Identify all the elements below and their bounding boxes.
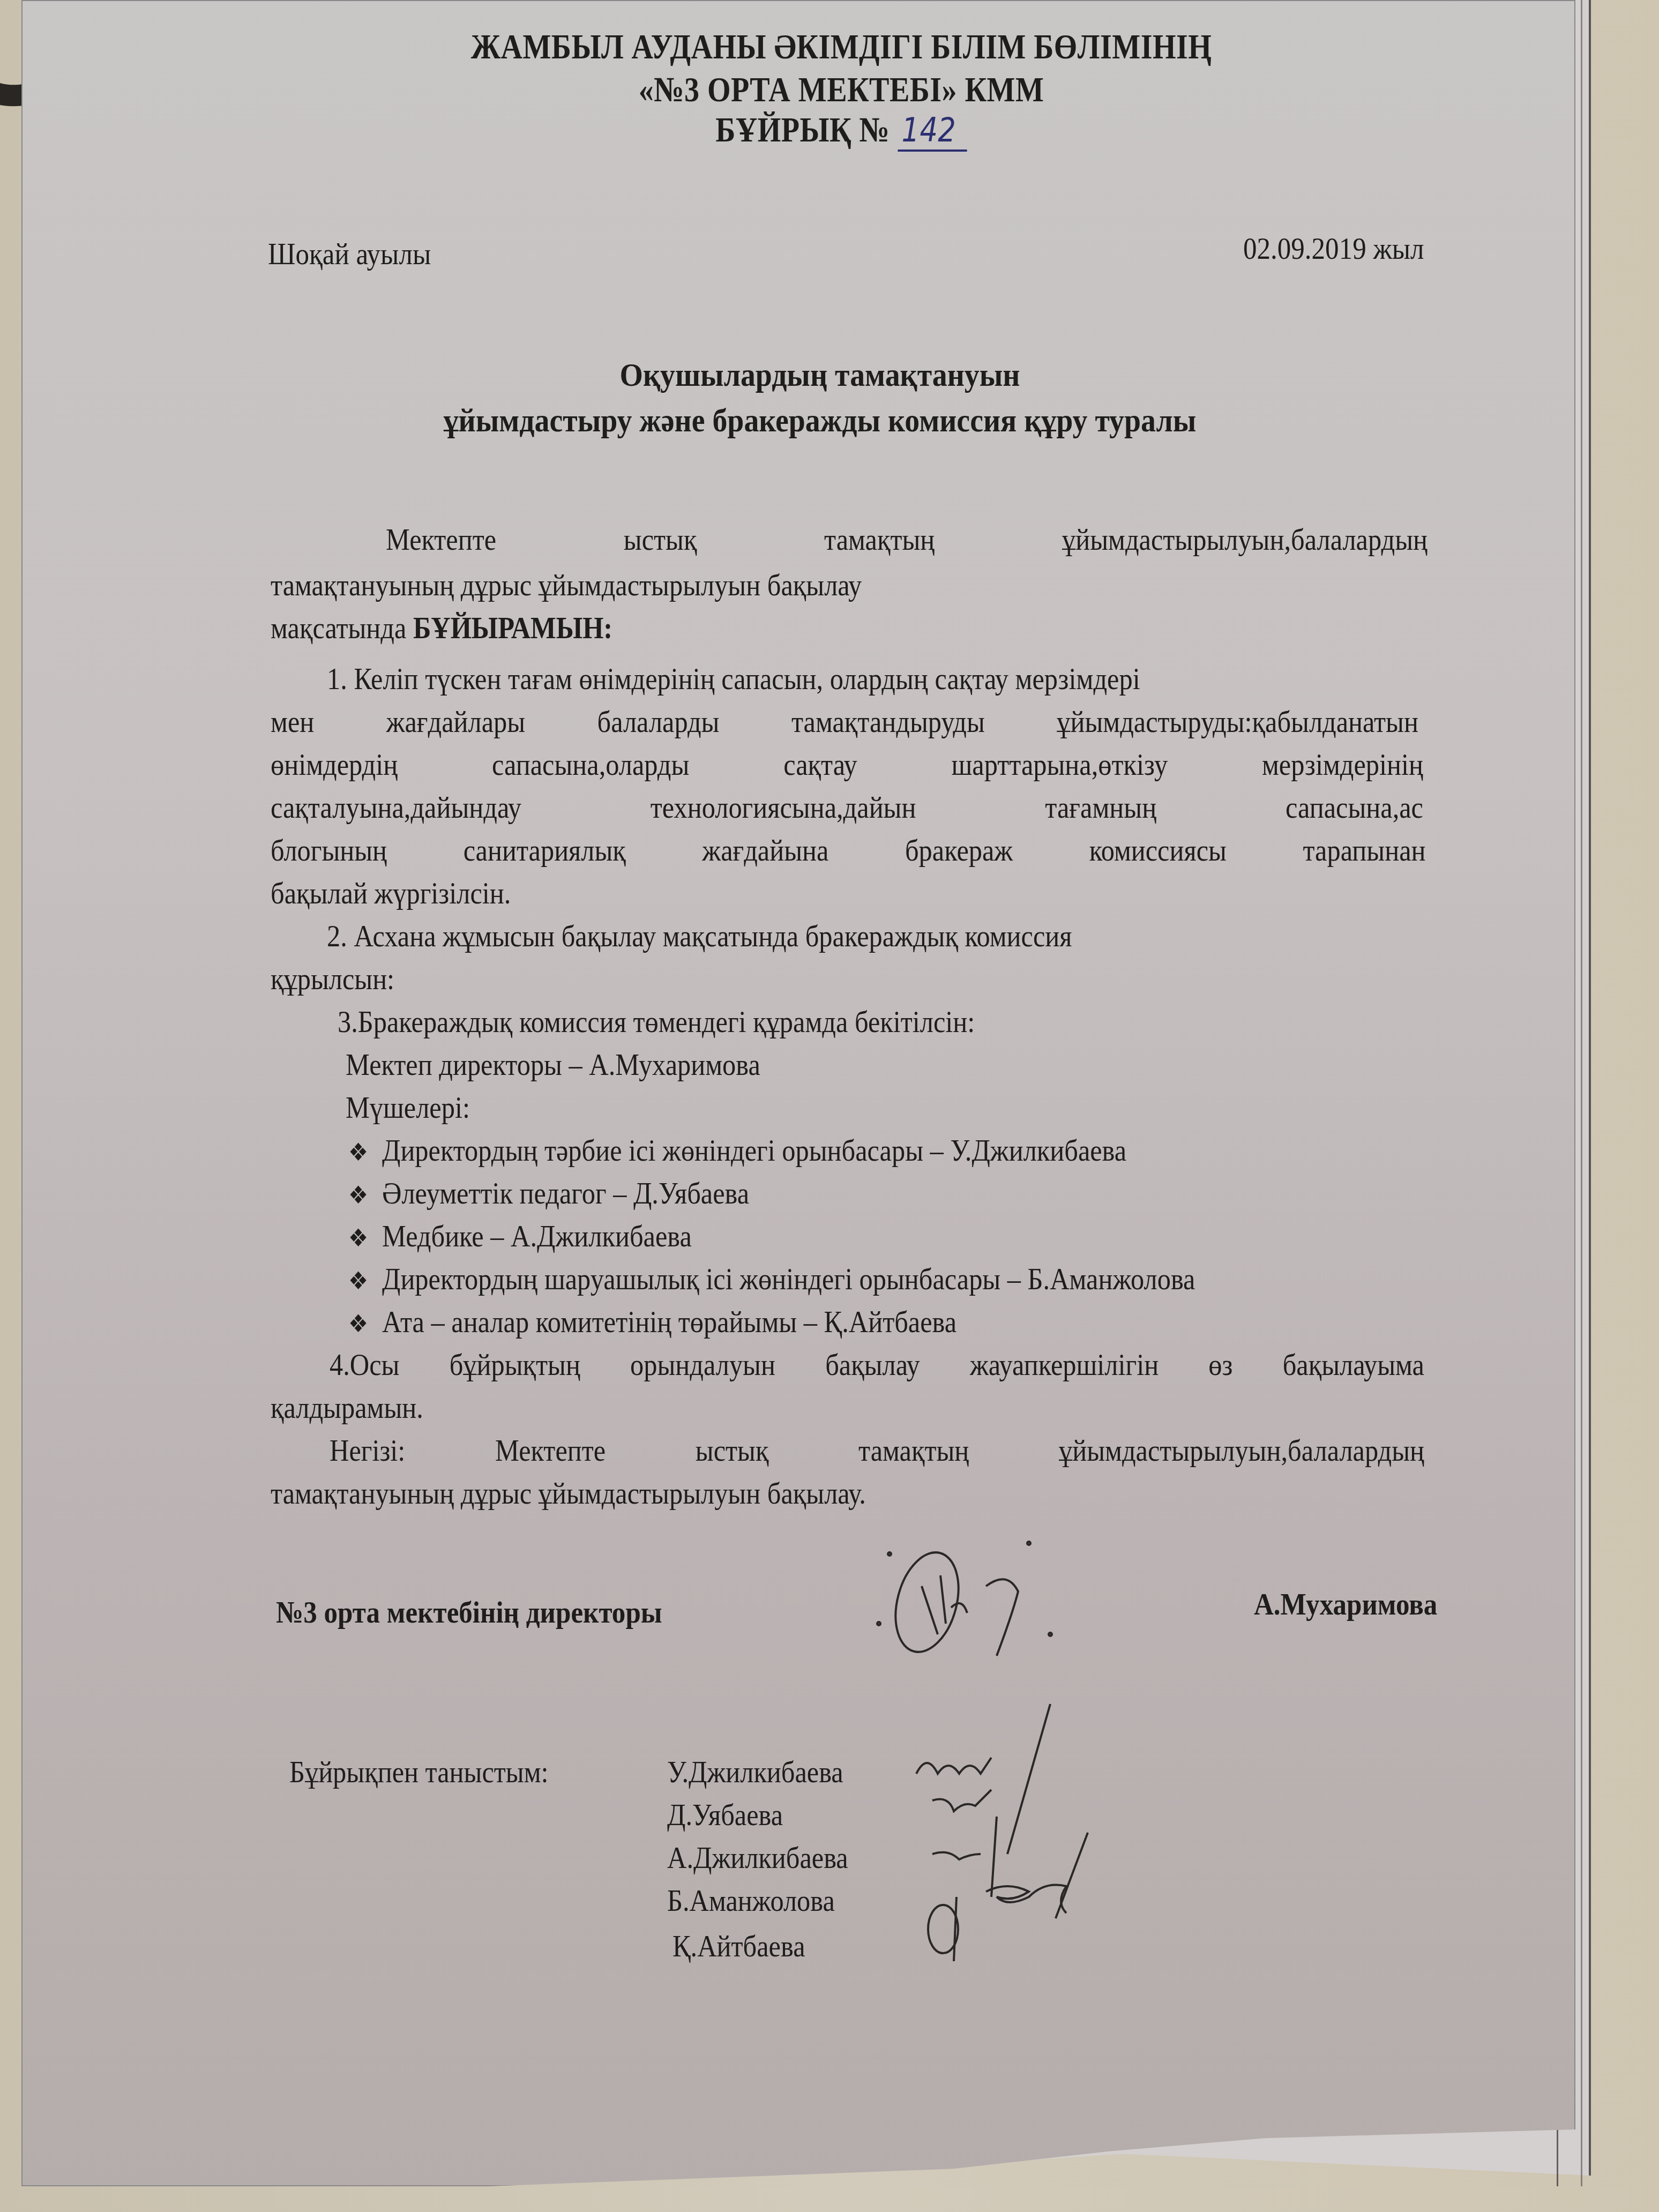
order-number-handwritten: 142 bbox=[898, 110, 967, 152]
director-name: А.Мухаримова bbox=[1254, 1586, 1437, 1622]
member-item: ❖Ата – аналар комитетінің төрайымы – Қ.А… bbox=[348, 1299, 956, 1347]
diamond-bullet-icon: ❖ bbox=[348, 1172, 382, 1218]
acknowledgement-signatures-icon bbox=[911, 1693, 1211, 1972]
ack-name: У.Джилкибаева bbox=[667, 1750, 843, 1796]
item-1-line-4: сақталуына,дайындау технологиясына,дайын… bbox=[271, 785, 1423, 831]
basis-line-1: Негізі: Мектепте ыстық тамақтың ұйымдаст… bbox=[330, 1428, 1424, 1474]
members-label: Мүшелері: bbox=[346, 1085, 470, 1131]
diamond-bullet-icon: ❖ bbox=[348, 1129, 382, 1175]
acknowledgement-label: Бұйрықпен таныстым: bbox=[289, 1750, 549, 1796]
member-item: ❖Директордың шаруашылық ісі жөніндегі ор… bbox=[348, 1257, 1195, 1304]
diamond-bullet-icon: ❖ bbox=[348, 1215, 382, 1261]
org-header-line-1: ЖАМБЫЛ АУДАНЫ ӘКІМДІГІ БІЛІМ БӨЛІМІНІҢ bbox=[409, 27, 1274, 68]
diamond-bullet-icon: ❖ bbox=[348, 1258, 382, 1304]
item-1-line-5: блогының санитариялық жағдайына бракераж… bbox=[271, 828, 1426, 874]
document-title-line-2: ұйымдастыру және бракеражды комиссия құр… bbox=[289, 402, 1350, 440]
place-label: Шоқай ауылы bbox=[268, 236, 431, 272]
order-heading: БҰЙРЫҚ №142 bbox=[409, 110, 1274, 152]
diamond-bullet-icon: ❖ bbox=[348, 1301, 382, 1347]
preamble-line-3: мақсатында БҰЙЫРАМЫН: bbox=[271, 606, 612, 652]
basis-line-2: тамақтануының дұрыс ұйымдастырылуын бақы… bbox=[271, 1471, 866, 1517]
order-label: БҰЙРЫҚ № bbox=[715, 110, 890, 150]
date-label: 02.09.2019 жыл bbox=[1243, 230, 1424, 266]
commission-chair: Мектеп директоры – А.Мухаримова bbox=[346, 1042, 760, 1088]
preamble-line-1: Мектепте ыстық тамақтың ұйымдастырылуын,… bbox=[386, 517, 1428, 563]
member-item: ❖Әлеуметтік педагог – Д.Уябаева bbox=[348, 1171, 749, 1218]
order-command: БҰЙЫРАМЫН: bbox=[413, 612, 612, 645]
item-4-line-1: 4.Осы бұйрықтың орындалуын бақылау жауап… bbox=[330, 1342, 1424, 1388]
item-2-line-2: құрылсын: bbox=[271, 956, 394, 1003]
ack-name: А.Джилкибаева bbox=[667, 1835, 848, 1881]
item-1-line-1: 1. Келіп түскен тағам өнімдерінің сапасы… bbox=[327, 656, 1140, 703]
item-3-line-1: 3.Бракераждық комиссия төмендегі құрамда… bbox=[338, 999, 975, 1045]
item-2-line-1: 2. Асхана жұмысын бақылау мақсатында бра… bbox=[327, 914, 1072, 960]
preamble-line-2: тамақтануының дұрыс ұйымдастырылуын бақы… bbox=[271, 563, 862, 609]
org-header-line-2: «№3 ОРТА МЕКТЕБІ» КММ bbox=[409, 70, 1274, 110]
ack-name: Д.Уябаева bbox=[667, 1792, 783, 1839]
director-role: №3 орта мектебінің директоры bbox=[276, 1594, 662, 1630]
director-signature-icon bbox=[857, 1522, 1082, 1661]
item-1-line-6: бақылай жүргізілсін. bbox=[271, 871, 511, 917]
member-item: ❖Медбике – А.Джилкибаева bbox=[348, 1214, 692, 1261]
document-title-line-1: Оқушылардың тамақтануын bbox=[289, 356, 1350, 394]
item-1-line-3: өнімдердің сапасына,оларды сақтау шартта… bbox=[271, 742, 1423, 788]
member-item: ❖Директордың тәрбие ісі жөніндегі орынба… bbox=[348, 1128, 1126, 1175]
ack-name: Қ.Айтбаева bbox=[672, 1924, 805, 1970]
document-content: ЖАМБЫЛ АУДАНЫ ӘКІМДІГІ БІЛІМ БӨЛІМІНІҢ «… bbox=[0, 0, 1659, 2212]
item-1-line-2: мен жағдайлары балаларды тамақтандыруды … bbox=[271, 699, 1418, 745]
ack-name: Б.Аманжолова bbox=[667, 1878, 835, 1924]
item-4-line-2: қалдырамын. bbox=[271, 1385, 423, 1431]
